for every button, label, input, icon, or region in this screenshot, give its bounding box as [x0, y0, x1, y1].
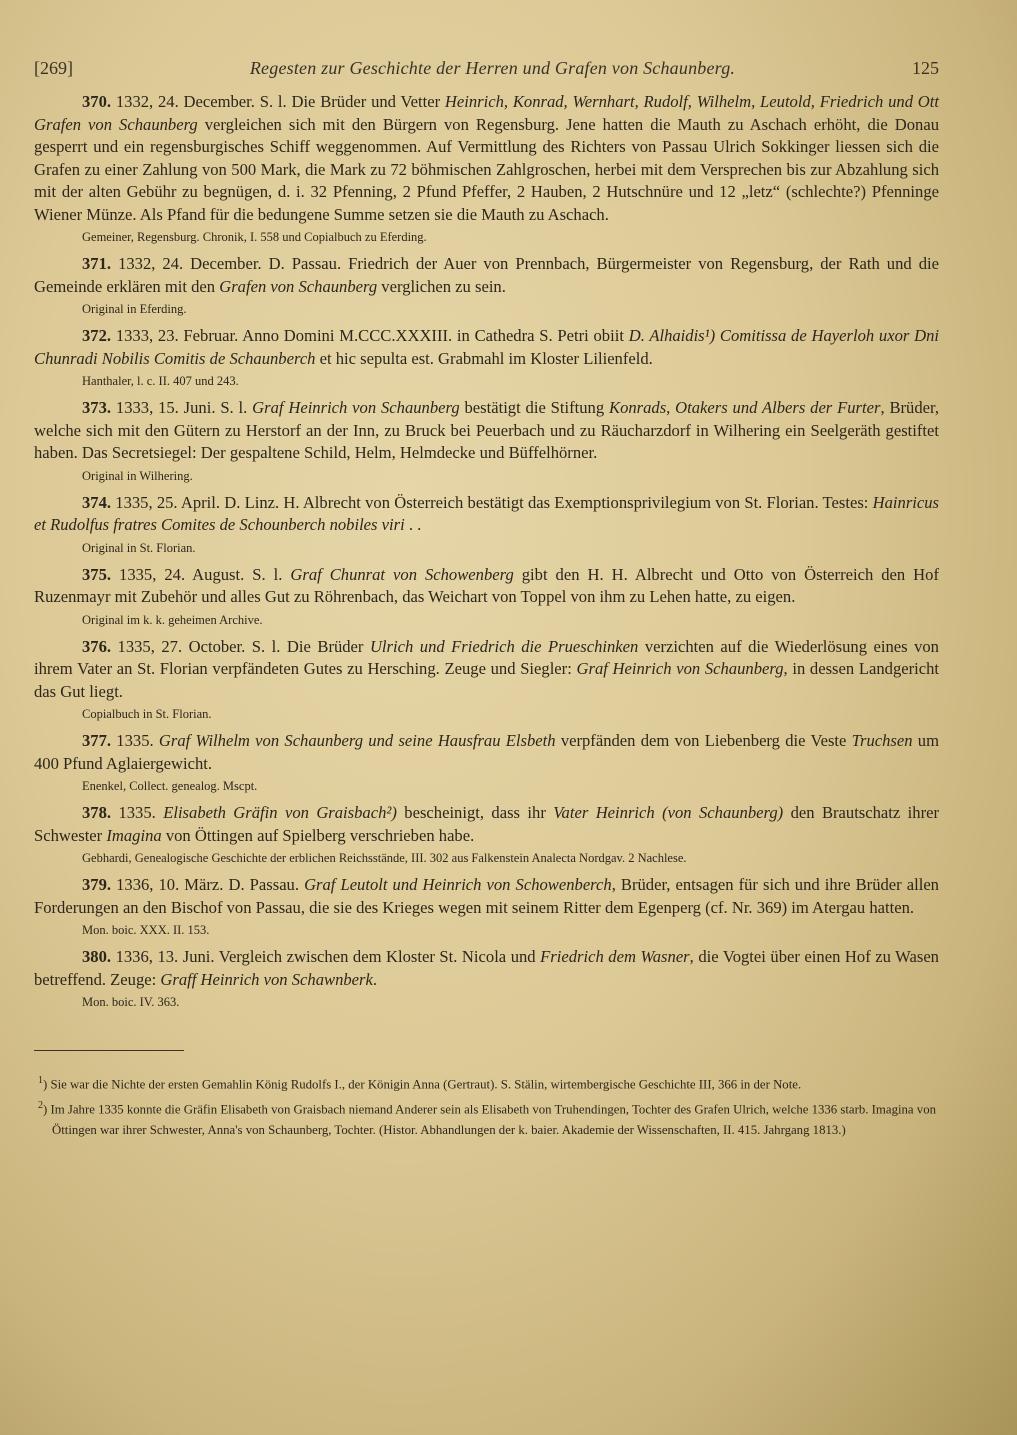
regest-entry: 375. 1335, 24. August. S. l. Graf Chunra… [34, 564, 939, 628]
italic-name: Grafen von Schaunberg [219, 277, 377, 296]
text-run: . [373, 970, 377, 989]
entry-source: Original in St. Florian. [82, 540, 939, 556]
text-run: bestätigt die Stiftung [460, 398, 609, 417]
text-run: 1332, 24. December. S. l. Die Brüder und… [111, 92, 445, 111]
entry-source: Original in Wilhering. [82, 468, 939, 484]
regest-entry: 371. 1332, 24. December. D. Passau. Frie… [34, 253, 939, 317]
entry-source: Gemeiner, Regensburg. Chronik, I. 558 un… [82, 229, 939, 245]
italic-name: Konrads, Otakers und Albers der Furter [609, 398, 880, 417]
page-number: 125 [912, 58, 939, 79]
entry-text: 376. 1335, 27. October. S. l. Die Brüder… [34, 636, 939, 704]
text-run: verpfänden dem von Liebenberg die Veste [556, 731, 852, 750]
text-run: bescheinigt, dass ihr [397, 803, 553, 822]
entry-source: Mon. boic. XXX. II. 153. [82, 922, 939, 938]
text-run: 1335, 24. August. S. l. [111, 565, 290, 584]
italic-name: Truchsen [852, 731, 913, 750]
regest-entry: 380. 1336, 13. Juni. Vergleich zwischen … [34, 946, 939, 1010]
folio-number: [269] [34, 58, 73, 79]
entry-text: 380. 1336, 13. Juni. Vergleich zwischen … [34, 946, 939, 991]
entry-text: 378. 1335. Elisabeth Gräfin von Graisbac… [34, 802, 939, 847]
regest-entry: 374. 1335, 25. April. D. Linz. H. Albrec… [34, 492, 939, 556]
entry-source: Original im k. k. geheimen Archive. [82, 612, 939, 628]
regest-entry: 370. 1332, 24. December. S. l. Die Brüde… [34, 91, 939, 245]
entry-text: 372. 1333, 23. Februar. Anno Domini M.CC… [34, 325, 939, 370]
italic-name: Graf Chunrat von Schowenberg [290, 565, 513, 584]
text-run: 1335, 25. April. D. Linz. H. Albrecht vo… [111, 493, 873, 512]
entry-text: 371. 1332, 24. December. D. Passau. Frie… [34, 253, 939, 298]
footnote-divider [34, 1050, 184, 1051]
entry-source: Copialbuch in St. Florian. [82, 706, 939, 722]
entry-number: 377. [82, 731, 111, 750]
entry-number: 378. [82, 803, 111, 822]
text-run: 1335, 27. October. S. l. Die Brüder [111, 637, 370, 656]
regest-entry: 377. 1335. Graf Wilhelm von Schaunberg u… [34, 730, 939, 794]
regesten-list: 370. 1332, 24. December. S. l. Die Brüde… [34, 91, 939, 1010]
text-run: verglichen zu sein. [377, 277, 506, 296]
entry-text: 379. 1336, 10. März. D. Passau. Graf Leu… [34, 874, 939, 919]
entry-number: 379. [82, 875, 111, 894]
text-run: 1333, 23. Februar. Anno Domini M.CCC.XXX… [111, 326, 629, 345]
footnote-text: Sie war die Nichte der ersten Gemahlin K… [50, 1077, 801, 1091]
entry-number: 371. [82, 254, 111, 273]
entry-source: Original in Eferding. [82, 301, 939, 317]
entry-source: Mon. boic. IV. 363. [82, 994, 939, 1010]
italic-name: Vater Heinrich (von Schaunberg) [553, 803, 783, 822]
italic-name: Graff Heinrich von Schawnberk [160, 970, 372, 989]
footnote-mark: 1 [38, 1075, 43, 1086]
page-header: [269] Regesten zur Geschichte der Herren… [34, 58, 939, 79]
footnotes: 1) Sie war die Nichte der ersten Gemahli… [34, 1071, 939, 1140]
text-run: 1336, 13. Juni. Vergleich zwischen dem K… [111, 947, 540, 966]
regest-entry: 376. 1335, 27. October. S. l. Die Brüder… [34, 636, 939, 723]
text-run: 1336, 10. März. D. Passau. [111, 875, 304, 894]
italic-name: Imagina [106, 826, 161, 845]
footnote: 2) Im Jahre 1335 konnte die Gräfin Elisa… [34, 1096, 939, 1139]
italic-name: Elisabeth Gräfin von Graisbach²) [163, 803, 397, 822]
italic-name: Graf Leutolt und Heinrich von Schowenber… [304, 875, 612, 894]
regest-entry: 373. 1333, 15. Juni. S. l. Graf Heinrich… [34, 397, 939, 484]
text-run: . . [405, 515, 422, 534]
regest-entry: 378. 1335. Elisabeth Gräfin von Graisbac… [34, 802, 939, 866]
italic-name: Ulrich und Friedrich die Prueschinken [370, 637, 638, 656]
text-run: 1333, 15. Juni. S. l. [111, 398, 252, 417]
text-run: et hic sepulta est. Grabmahl im Kloster … [315, 349, 652, 368]
text-run: 1335. [111, 803, 163, 822]
footnote-mark: 2 [38, 1100, 43, 1111]
footnote-text: Im Jahre 1335 konnte die Gräfin Elisabet… [50, 1103, 936, 1137]
italic-name: Graf Heinrich von Schaunberg [577, 659, 784, 678]
italic-name: Friedrich dem Wasner [540, 947, 690, 966]
entry-source: Enenkel, Collect. genealog. Mscpt. [82, 778, 939, 794]
entry-text: 373. 1333, 15. Juni. S. l. Graf Heinrich… [34, 397, 939, 465]
text-run: von Öttingen auf Spielberg verschrieben … [162, 826, 475, 845]
text-run: 1335. [111, 731, 159, 750]
entry-source: Hanthaler, l. c. II. 407 und 243. [82, 373, 939, 389]
italic-name: Graf Heinrich von Schaunberg [252, 398, 459, 417]
entry-number: 376. [82, 637, 111, 656]
entry-number: 373. [82, 398, 111, 417]
footnote: 1) Sie war die Nichte der ersten Gemahli… [34, 1071, 939, 1094]
entry-text: 375. 1335, 24. August. S. l. Graf Chunra… [34, 564, 939, 609]
entry-number: 375. [82, 565, 111, 584]
entry-text: 370. 1332, 24. December. S. l. Die Brüde… [34, 91, 939, 226]
entry-text: 377. 1335. Graf Wilhelm von Schaunberg u… [34, 730, 939, 775]
entry-number: 370. [82, 92, 111, 111]
entry-source: Gebhardi, Genealogische Geschichte der e… [82, 850, 939, 866]
entry-number: 372. [82, 326, 111, 345]
regest-entry: 379. 1336, 10. März. D. Passau. Graf Leu… [34, 874, 939, 938]
italic-name: Graf Wilhelm von Schaunberg und seine Ha… [159, 731, 556, 750]
regest-entry: 372. 1333, 23. Februar. Anno Domini M.CC… [34, 325, 939, 389]
entry-number: 380. [82, 947, 111, 966]
entry-text: 374. 1335, 25. April. D. Linz. H. Albrec… [34, 492, 939, 537]
running-title: Regesten zur Geschichte der Herren und G… [250, 58, 735, 79]
document-page: [269] Regesten zur Geschichte der Herren… [34, 58, 939, 1142]
entry-number: 374. [82, 493, 111, 512]
